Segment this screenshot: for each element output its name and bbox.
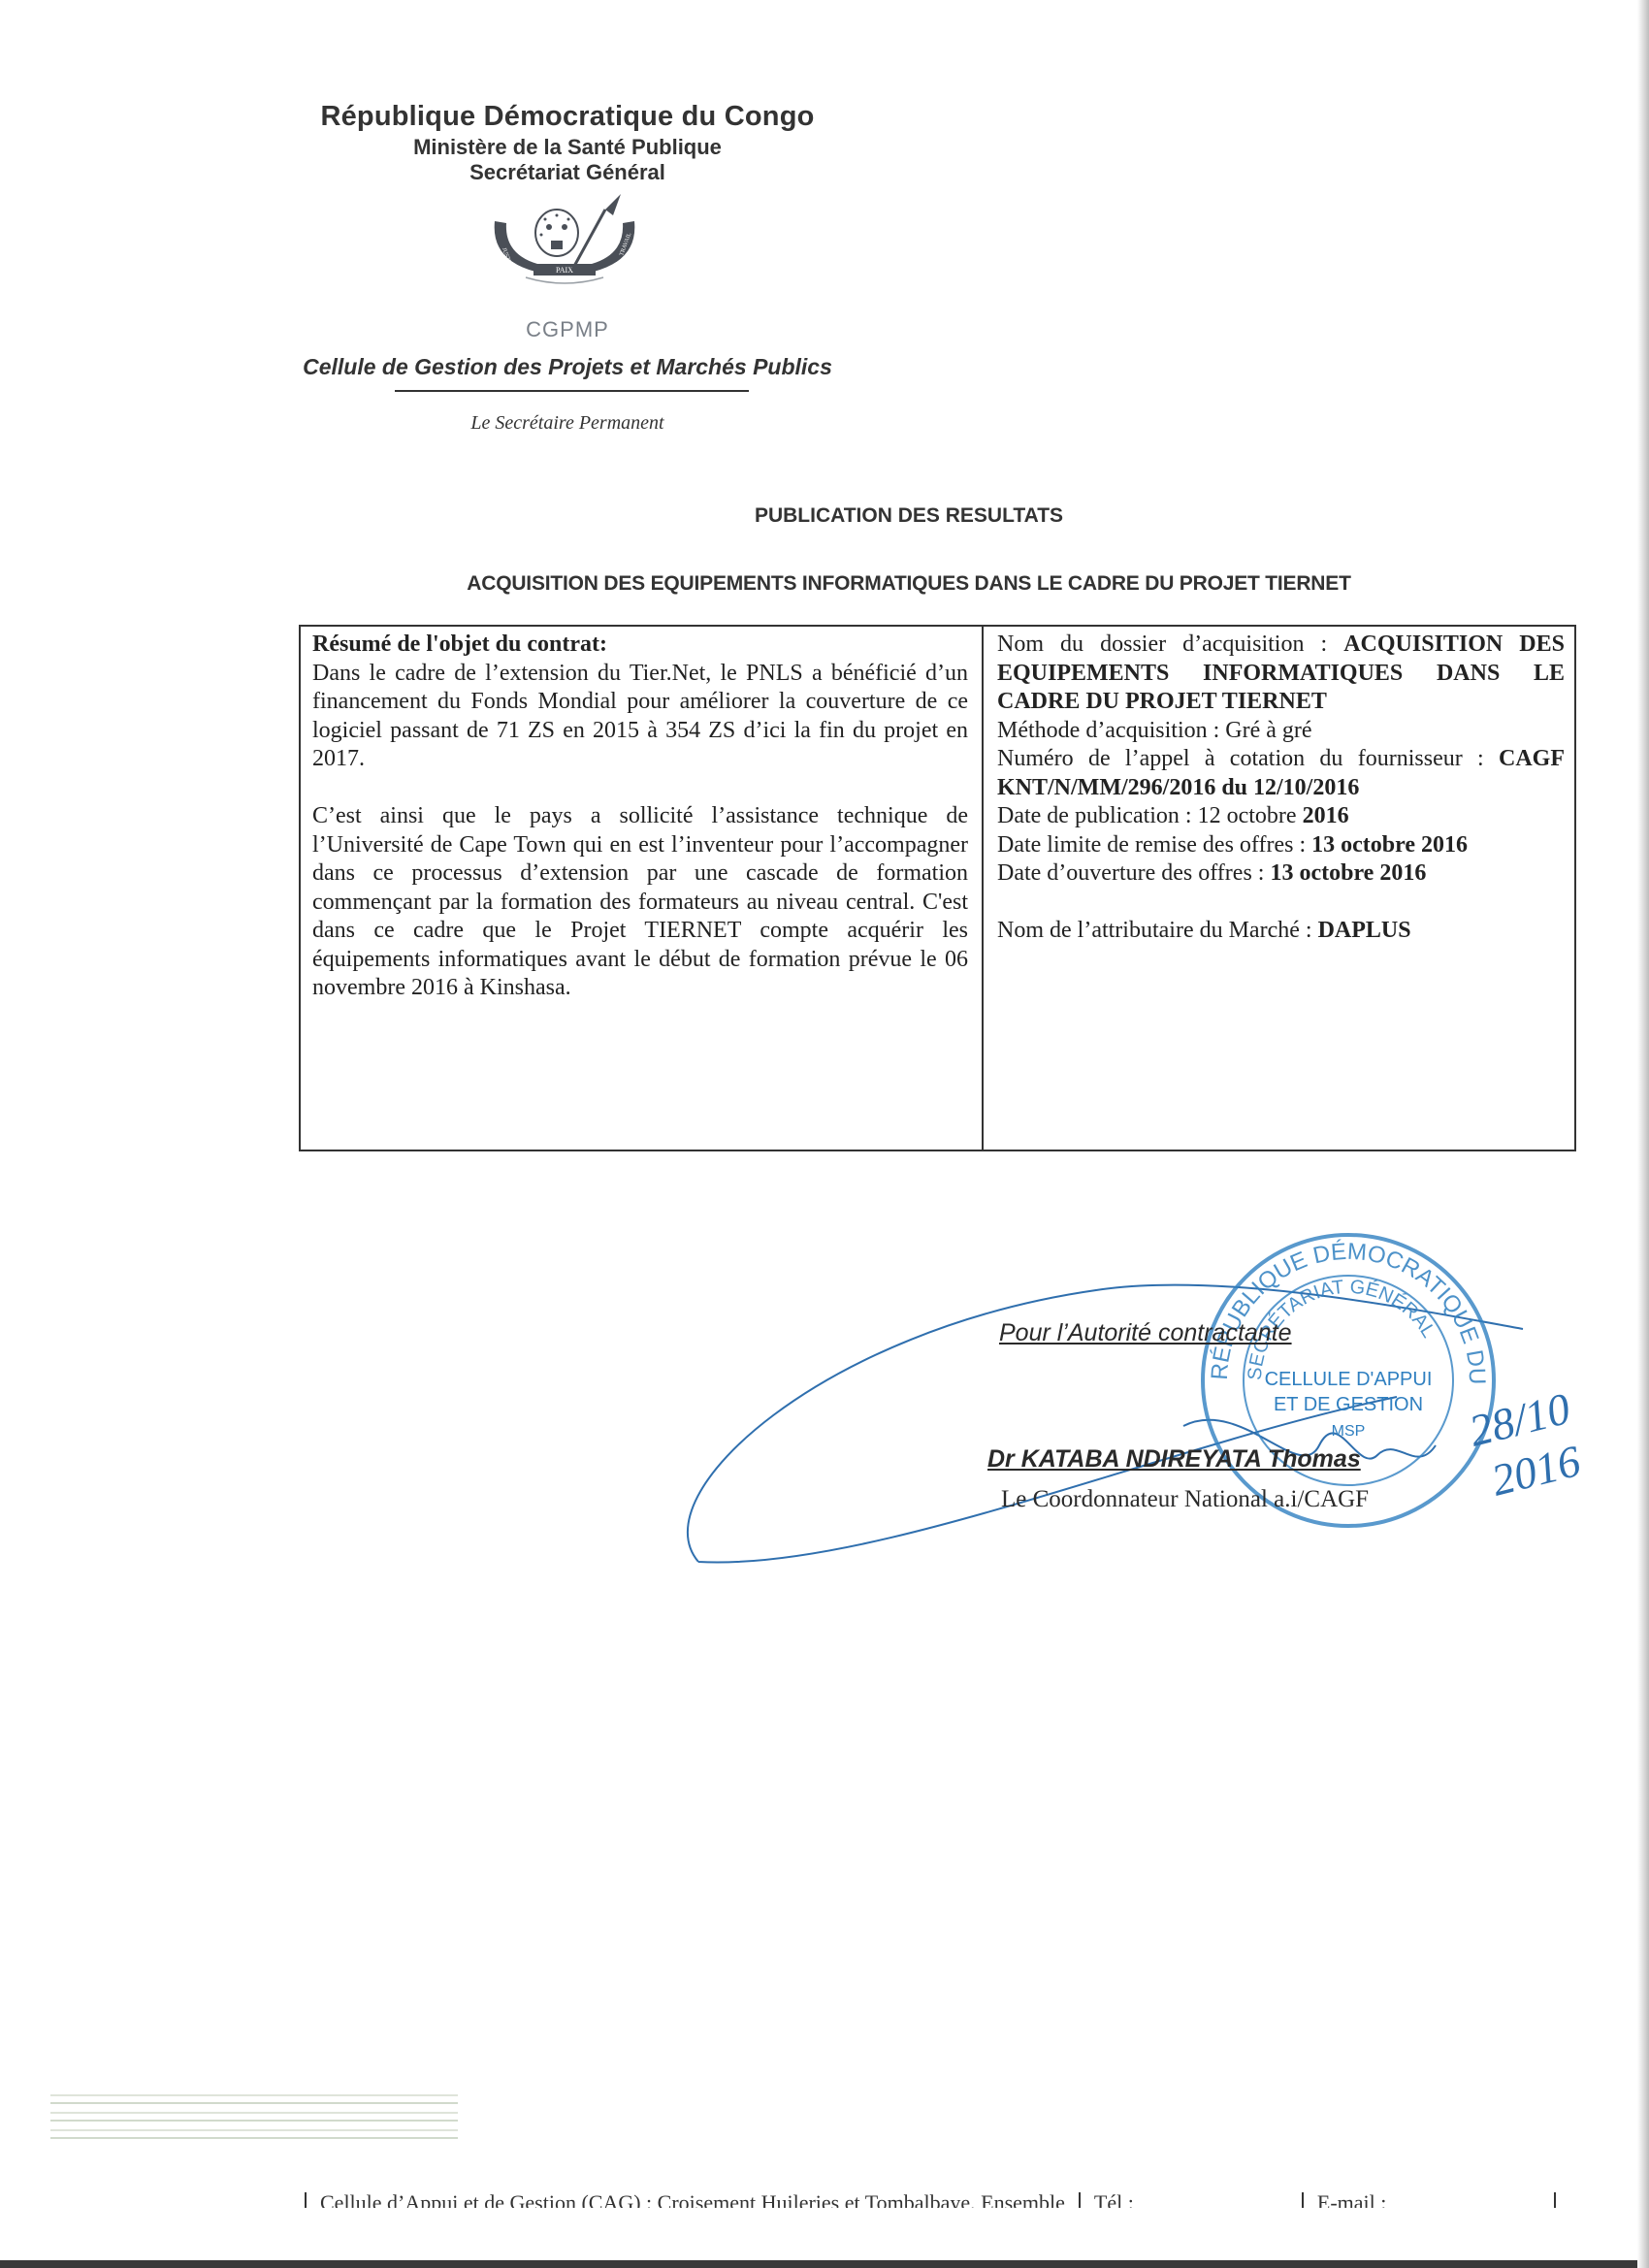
contracting-authority-label: Pour l’Autorité contractante [999,1319,1292,1347]
svg-text:CELLULE D'APPUI: CELLULE D'APPUI [1265,1369,1433,1390]
dossier-name-row: Nom du dossier d’acquisition : ACQUISITI… [997,631,1565,717]
footer-separator [1079,2192,1081,2208]
awardee-row: Nom de l’attributaire du Marché : DAPLUS [997,917,1565,946]
coat-of-arms-icon: PAIX JUSTICE TRAVAIL [477,192,652,289]
organization-name: Cellule de Gestion des Projets et Marché… [0,354,1135,380]
footer-separator [305,2192,307,2208]
redacted-area [50,2090,458,2141]
summary-heading: Résumé de l'objet du contrat: [312,631,968,660]
awardee-label: Nom de l’attributaire du Marché : [997,918,1318,943]
document-subtitle: ACQUISITION DES EQUIPEMENTS INFORMATIQUE… [0,572,1649,596]
publication-date-value: 12 octobre [1198,803,1303,828]
footer-separator [1302,2192,1304,2208]
publication-date-label: Date de publication : [997,803,1198,828]
scan-edge-right [1637,0,1649,2268]
call-number-row: Numéro de l’appel à cotation du fourniss… [997,745,1565,802]
deadline-value: 13 octobre 2016 [1311,832,1468,858]
organization-acronym: CGPMP [0,317,1135,342]
signatory-office: Le Secrétaire Permanent [0,412,1135,435]
svg-text:MSP: MSP [1332,1423,1366,1440]
document-title: PUBLICATION DES RESULTATS [0,504,1649,528]
signatory-role: Le Coordonnateur National a.i/CAGF [1001,1486,1369,1513]
scan-edge-bottom [0,2260,1649,2268]
contract-summary-cell: Résumé de l'objet du contrat: Dans le ca… [312,631,968,1003]
footer-email: E-mail : [1317,2190,1540,2208]
ministry-heading: Ministère de la Santé Publique [0,135,1135,160]
footer-separator [1554,2192,1556,2208]
dossier-name-label: Nom du dossier d’acquisition : [997,632,1343,657]
summary-paragraph-2: C’est ainsi que le pays a sollicité l’as… [312,802,968,1003]
opening-date-row: Date d’ouverture des offres : 13 octobre… [997,859,1565,889]
page-footer: Cellule d’Appui et de Gestion (CAG) : Cr… [291,2190,1569,2208]
svg-text:PAIX: PAIX [556,266,573,275]
footer-address: Cellule d’Appui et de Gestion (CAG) : Cr… [320,2190,1065,2208]
summary-paragraph-1: Dans le cadre de l’extension du Tier.Net… [312,660,968,774]
method-label: Méthode d’acquisition : [997,718,1225,743]
footer-phone: Tél : [1094,2190,1288,2208]
publication-date-year: 2016 [1303,803,1349,828]
awardee-value: DAPLUS [1318,918,1411,943]
opening-date-value: 13 octobre 2016 [1270,860,1426,886]
method-row: Méthode d’acquisition : Gré à gré [997,717,1565,746]
call-number-label: Numéro de l’appel à cotation du fourniss… [997,746,1499,771]
deadline-row: Date limite de remise des offres : 13 oc… [997,831,1565,860]
svg-text:RÉPUBLIQUE DÉMOCRATIQUE DU CON: RÉPUBLIQUE DÉMOCRATIQUE DU CONGO [1188,1220,1490,1385]
deadline-label: Date limite de remise des offres : [997,832,1311,858]
method-value: Gré à gré [1225,718,1311,743]
publication-date-row: Date de publication : 12 octobre 2016 [997,802,1565,831]
column-divider [982,627,984,1150]
handwritten-date: 28/10 2016 [1465,1377,1610,1504]
secretariat-heading: Secrétariat Général [0,160,1135,185]
contract-summary-table: Résumé de l'objet du contrat: Dans le ca… [299,625,1576,1151]
signatory-name: Dr KATABA NDIREYATA Thomas [987,1445,1361,1474]
opening-date-label: Date d’ouverture des offres : [997,860,1270,886]
header-underline [395,390,749,392]
svg-text:ET DE GESTION: ET DE GESTION [1274,1394,1423,1415]
procurement-details-cell: Nom du dossier d’acquisition : ACQUISITI… [997,631,1565,946]
country-heading: République Démocratique du Congo [0,101,1135,133]
